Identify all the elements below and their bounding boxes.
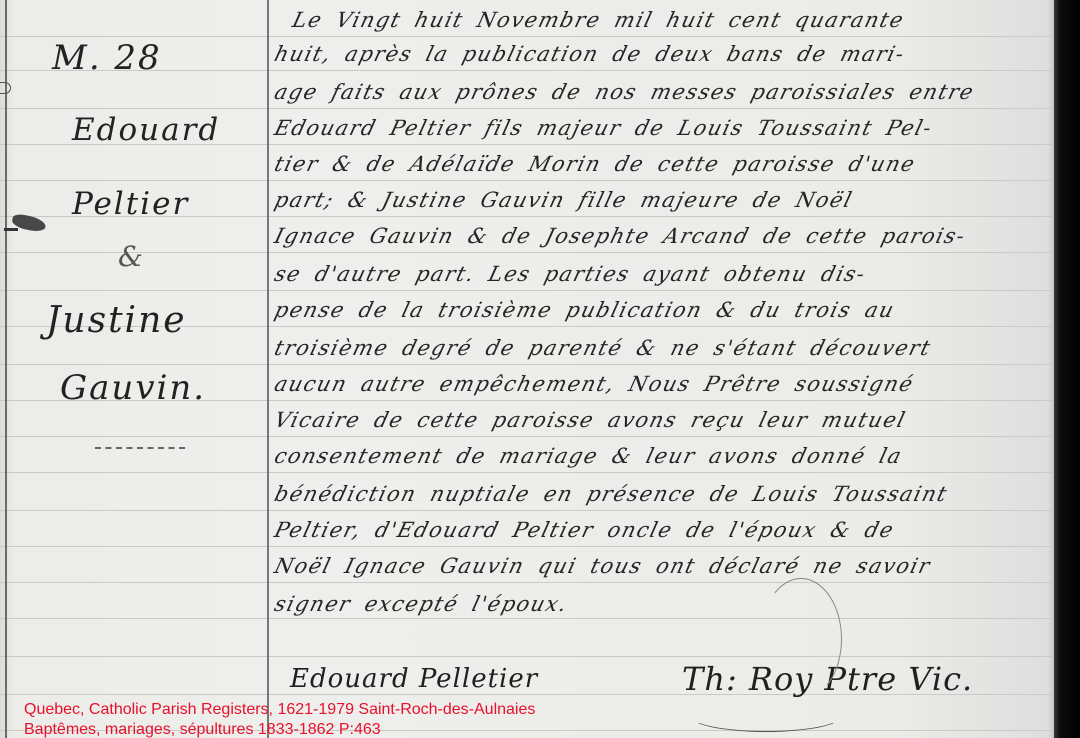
body-line: Noël Ignace Gauvin qui tous ont déclaré … — [272, 554, 933, 578]
body-line: bénédiction nuptiale en présence de Loui… — [272, 482, 950, 506]
body-line: aucun autre empêchement, Nous Prêtre sou… — [272, 372, 917, 396]
source-caption-line1: Quebec, Catholic Parish Registers, 1621-… — [24, 700, 535, 720]
groom-first-name: Edouard — [72, 112, 220, 148]
body-line: tier & de Adélaïde Morin de cette parois… — [272, 152, 918, 176]
record-number: M. 28 — [52, 38, 162, 78]
body-line: troisième degré de parenté & ne s'étant … — [272, 336, 934, 360]
bride-last-name: Gauvin. — [60, 368, 206, 408]
body-line: age faits aux prônes de nos messes paroi… — [272, 80, 977, 104]
left-margin-rule — [5, 0, 7, 738]
body-line: Ignace Gauvin & de Josephte Arcand de ce… — [272, 224, 968, 248]
body-line: part; & Justine Gauvin fille majeure de … — [272, 188, 855, 212]
body-line: Edouard Peltier fils majeur de Louis Tou… — [272, 116, 935, 140]
margin-tick-mark — [4, 228, 18, 231]
ruled-line — [0, 546, 1056, 547]
ampersand-flourish: & — [118, 240, 145, 273]
ruled-line — [0, 472, 1056, 473]
book-binding-edge — [1054, 0, 1080, 738]
ruled-line — [0, 36, 1056, 37]
ruled-line — [0, 180, 1056, 181]
body-line: Le Vingt huit Novembre mil huit cent qua… — [290, 8, 907, 32]
margin-hook-mark — [0, 82, 11, 94]
column-divider-rule — [267, 0, 269, 738]
ruled-line — [0, 436, 1056, 437]
body-line: se d'autre part. Les parties ayant obten… — [272, 262, 869, 286]
body-line: pense de la troisième publication & du t… — [272, 298, 897, 322]
ruled-line — [0, 510, 1056, 511]
ruled-line — [0, 582, 1056, 583]
groom-last-name: Peltier — [72, 186, 189, 222]
ruled-line — [0, 290, 1056, 291]
ruled-line — [0, 108, 1056, 109]
body-line: signer excepté l'époux. — [272, 592, 571, 616]
ruled-line — [0, 618, 1056, 619]
signature-flourish-loop — [760, 578, 842, 700]
body-line: Peltier, d'Edouard Peltier oncle de l'ép… — [272, 518, 897, 542]
body-line: Vicaire de cette paroisse avons reçu leu… — [272, 408, 909, 432]
signature-flourish — [690, 700, 842, 732]
source-caption-line2: Baptêmes, mariages, sépultures 1833-1862… — [24, 720, 381, 738]
ruled-line — [0, 252, 1056, 253]
margin-dash-separator — [95, 447, 185, 451]
groom-signature: Edouard Pelletier — [290, 664, 538, 694]
ruled-line — [0, 656, 1056, 657]
body-line: huit, après la publication de deux bans … — [272, 42, 908, 66]
bride-first-name: Justine — [46, 300, 187, 341]
register-page: M. 28 Edouard Peltier & Justine Gauvin. … — [0, 0, 1056, 738]
body-line: consentement de mariage & leur avons don… — [272, 444, 905, 468]
ruled-line — [0, 364, 1056, 365]
